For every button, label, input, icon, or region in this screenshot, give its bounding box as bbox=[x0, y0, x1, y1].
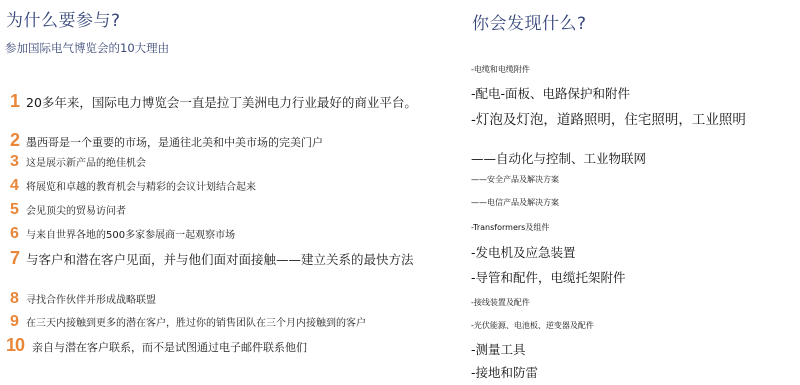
reason-text: 亲自与潜在客户联系，而不是试图通过电子邮件联系他们 bbox=[32, 339, 307, 355]
category-item: -导管和配件，电缆托架附件 bbox=[471, 268, 626, 286]
reason-number: 3 bbox=[10, 153, 26, 171]
section-title-why-participate: 为什么要参与? bbox=[6, 6, 121, 31]
category-item: -配电-面板、电路保护和附件 bbox=[471, 84, 630, 102]
category-item: -灯泡及灯泡，道路照明，住宅照明，工业照明 bbox=[471, 108, 746, 128]
reason-item-6: 6 与来自世界各地的500多家参展商一起观察市场 bbox=[10, 225, 235, 243]
reason-text: 将展览和卓越的教育机会与精彩的会议计划结合起来 bbox=[26, 178, 256, 193]
reason-number: 4 bbox=[10, 177, 26, 195]
category-item: ——自动化与控制、工业物联网 bbox=[471, 149, 646, 167]
reason-number: 6 bbox=[10, 225, 26, 243]
reason-number: 10 bbox=[6, 335, 32, 356]
reason-number: 7 bbox=[10, 248, 26, 269]
section-subtitle: 参加国际电气博览会的10大理由 bbox=[5, 40, 169, 56]
section-title-what-you-find: 你会发现什么? bbox=[472, 9, 587, 34]
reason-item-5: 5 会见顶尖的贸易访问者 bbox=[10, 201, 126, 219]
reason-text: 与客户和潜在客户见面，并与他们面对面接触——建立关系的最快方法 bbox=[26, 250, 414, 268]
reason-number: 1 bbox=[10, 91, 26, 112]
category-item: -接线装置及配件 bbox=[471, 297, 530, 308]
category-item: -电缆和电缆附件 bbox=[471, 64, 530, 75]
reason-number: 8 bbox=[10, 290, 26, 308]
reason-item-1: 1 20多年来，国际电力博览会一直是拉丁美洲电力行业最好的商业平台。 bbox=[10, 91, 417, 112]
reason-number: 5 bbox=[10, 201, 26, 219]
category-item: -光伏能源、电池板、逆变器及配件 bbox=[471, 320, 594, 331]
reason-text: 墨西哥是一个重要的市场，是通往北美和中美市场的完美门户 bbox=[26, 134, 323, 150]
reason-text: 寻找合作伙伴并形成战略联盟 bbox=[26, 291, 156, 306]
category-item: -Transformers及组件 bbox=[471, 222, 549, 233]
category-item: ——安全产品及解决方案 bbox=[471, 174, 559, 185]
reason-item-3: 3 这是展示新产品的绝佳机会 bbox=[10, 153, 146, 171]
reason-number: 2 bbox=[10, 130, 26, 151]
reason-number: 9 bbox=[10, 313, 26, 331]
reason-text: 会见顶尖的贸易访问者 bbox=[26, 202, 126, 217]
category-item: ——电信产品及解决方案 bbox=[471, 197, 559, 208]
category-item: -发电机及应急装置 bbox=[471, 243, 576, 261]
category-item: -接地和防雷 bbox=[471, 363, 538, 381]
reason-item-8: 8 寻找合作伙伴并形成战略联盟 bbox=[10, 290, 156, 308]
reason-text: 20多年来，国际电力博览会一直是拉丁美洲电力行业最好的商业平台。 bbox=[26, 93, 417, 111]
reason-item-4: 4 将展览和卓越的教育机会与精彩的会议计划结合起来 bbox=[10, 177, 256, 195]
reason-text: 与来自世界各地的500多家参展商一起观察市场 bbox=[26, 226, 235, 241]
reason-text: 这是展示新产品的绝佳机会 bbox=[26, 154, 146, 169]
page: 为什么要参与? 参加国际电气博览会的10大理由 1 20多年来，国际电力博览会一… bbox=[0, 0, 800, 385]
category-item: -测量工具 bbox=[471, 340, 526, 358]
reason-item-7: 7 与客户和潜在客户见面，并与他们面对面接触——建立关系的最快方法 bbox=[10, 248, 414, 269]
reasons-section: 为什么要参与? 参加国际电气博览会的10大理由 1 20多年来，国际电力博览会一… bbox=[0, 0, 440, 385]
reason-item-2: 2 墨西哥是一个重要的市场，是通往北美和中美市场的完美门户 bbox=[10, 130, 323, 151]
reason-item-10: 10 亲自与潜在客户联系，而不是试图通过电子邮件联系他们 bbox=[6, 335, 307, 356]
reason-text: 在三天内接触到更多的潜在客户，胜过你的销售团队在三个月内接触到的客户 bbox=[26, 314, 366, 329]
exhibit-categories-section: 你会发现什么? -电缆和电缆附件 -配电-面板、电路保护和附件 -灯泡及灯泡，道… bbox=[440, 0, 800, 385]
reason-item-9: 9 在三天内接触到更多的潜在客户，胜过你的销售团队在三个月内接触到的客户 bbox=[10, 313, 366, 331]
